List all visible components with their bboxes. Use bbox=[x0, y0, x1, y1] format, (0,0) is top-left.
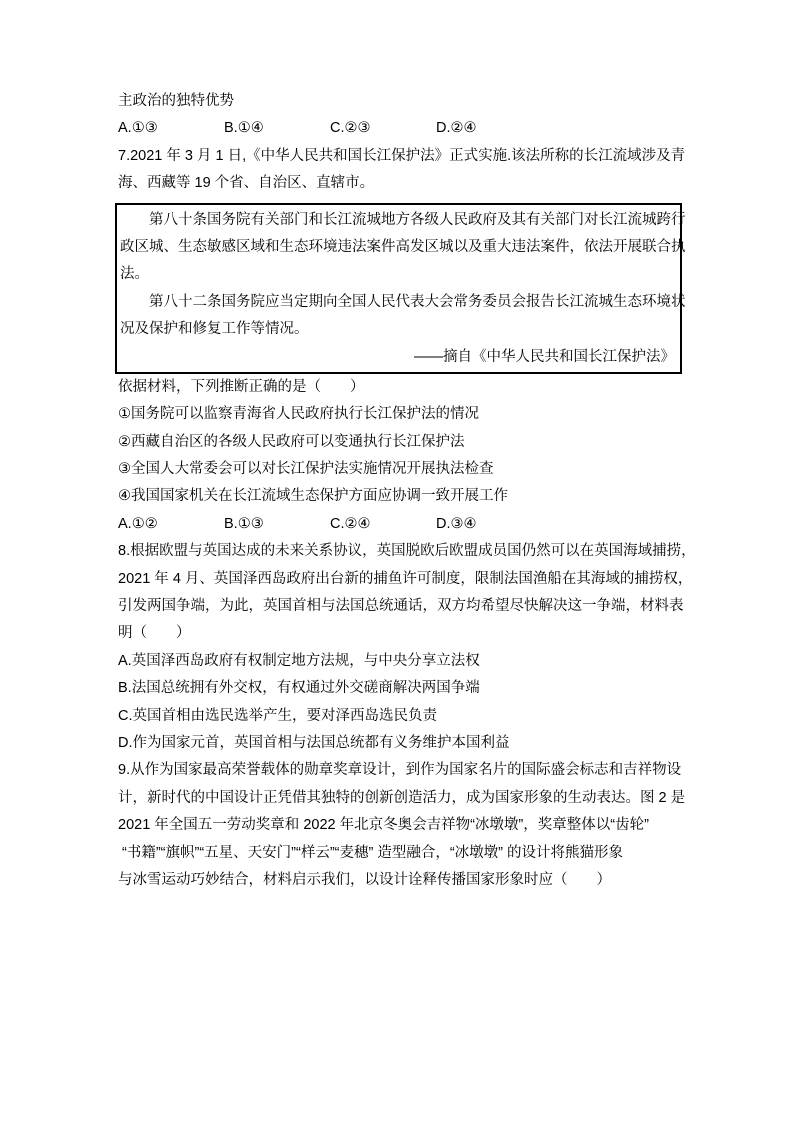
q7-item-4: ④我国国家机关在长江流域生态保护方面应协调一致开展工作 bbox=[118, 483, 682, 510]
q8-option-a: A.英国泽西岛政府有权制定地方法规，与中央分享立法权 bbox=[118, 648, 682, 675]
q8-stem-line-3: 引发两国争端，为此，英国首相与法国总统通话，双方均希望尽快解决这一争端，材料表 bbox=[118, 593, 682, 620]
q8-option-b: B.法国总统拥有外交权，有权通过外交磋商解决两国争端 bbox=[118, 675, 682, 702]
q6-option-a: A.①③ bbox=[118, 115, 224, 142]
box-source-citation: ——摘自《中华人民共和国长江保护法》 bbox=[120, 344, 677, 371]
q9-stem-line-1: 9.从作为国家最高荣誉载体的勋章奖章设计，到作为国家名片的国际盛会标志和吉祥物设 bbox=[118, 757, 682, 784]
q7-item-2: ②西藏自治区的各级人民政府可以变通执行长江保护法 bbox=[118, 429, 682, 456]
law-excerpt-box: 第八十条国务院有关部门和长江流城地方各级人民政府及其有关部门对长江流城跨行 政区… bbox=[115, 203, 682, 374]
page-text-content: 主政治的独特优势 A.①③ B.①④ C.②③ D.②④ 7.2021 年 3 … bbox=[118, 88, 682, 894]
box-article-82-line-1: 第八十二条国务院应当定期向全国人民代表大会常务委员会报告长江流城生态环境状 bbox=[120, 289, 677, 316]
box-article-82-line-2: 况及保护和修复工作等情况。 bbox=[120, 316, 677, 343]
q8-stem-line-4: 明（ ） bbox=[118, 620, 682, 647]
q8-stem-line-1: 8.根据欧盟与英国达成的未来关系协议，英国脱欧后欧盟成员国仍然可以在英国海域捕捞… bbox=[118, 538, 682, 565]
q7-stem-line-1: 7.2021 年 3 月 1 日,《中华人民共和国长江保护法》正式实施.该法所称… bbox=[118, 143, 682, 170]
q7-item-1: ①国务院可以监察青海省人民政府执行长江保护法的情况 bbox=[118, 401, 682, 428]
q7-option-b: B.①③ bbox=[224, 511, 330, 538]
q8-stem-line-2: 2021 年 4 月、英国泽西岛政府出台新的捕鱼许可制度，限制法国渔船在其海域的… bbox=[118, 566, 682, 593]
q7-option-c: C.②④ bbox=[330, 511, 436, 538]
q6-option-d: D.②④ bbox=[436, 115, 477, 142]
q6-option-c: C.②③ bbox=[330, 115, 436, 142]
box-article-80-line-3: 法。 bbox=[120, 261, 677, 288]
q7-question-line: 依据材料，下列推断正确的是（ ） bbox=[118, 374, 682, 401]
box-article-80-line-2: 政区城、生态敏感区域和生态环境违法案件高发区城以及重大违法案件，依法开展联合执 bbox=[120, 234, 677, 261]
q9-stem-line-3: 2021 年全国五一劳动奖章和 2022 年北京冬奥会吉祥物“冰墩墩”，奖章整体… bbox=[118, 812, 682, 839]
q8-option-d: D.作为国家元首，英国首相与法国总统都有义务维护本国利益 bbox=[118, 730, 682, 757]
q6-option-b: B.①④ bbox=[224, 115, 330, 142]
exam-paper-page: 主政治的独特优势 A.①③ B.①④ C.②③ D.②④ 7.2021 年 3 … bbox=[0, 0, 794, 1123]
q8-option-c: C.英国首相由选民选举产生，要对泽西岛选民负责 bbox=[118, 703, 682, 730]
q7-options-row: A.①② B.①③ C.②④ D.③④ bbox=[118, 511, 682, 538]
q7-item-3: ③全国人大常委会可以对长江保护法实施情况开展执法检查 bbox=[118, 456, 682, 483]
q9-stem-line-5: 与冰雪运动巧妙结合，材料启示我们，以设计诠释传播国家形象时应（ ） bbox=[118, 867, 682, 894]
q9-stem-line-4: “书籍”“旗帜”“五星、天安门”“样云”“麦穗” 造型融合，“冰墩墩” 的设计将… bbox=[118, 840, 682, 867]
q7-option-d: D.③④ bbox=[436, 511, 477, 538]
q7-stem-line-2: 海、西藏等 19 个省、自治区、直辖市。 bbox=[118, 170, 682, 197]
box-article-80-line-1: 第八十条国务院有关部门和长江流城地方各级人民政府及其有关部门对长江流城跨行 bbox=[120, 207, 677, 234]
q9-stem-line-2: 计，新时代的中国设计正凭借其独特的创新创造活力，成为国家形象的生动表达。图 2 … bbox=[118, 785, 682, 812]
q6-options-row: A.①③ B.①④ C.②③ D.②④ bbox=[118, 115, 682, 142]
continuation-line: 主政治的独特优势 bbox=[118, 88, 682, 115]
q7-option-a: A.①② bbox=[118, 511, 224, 538]
